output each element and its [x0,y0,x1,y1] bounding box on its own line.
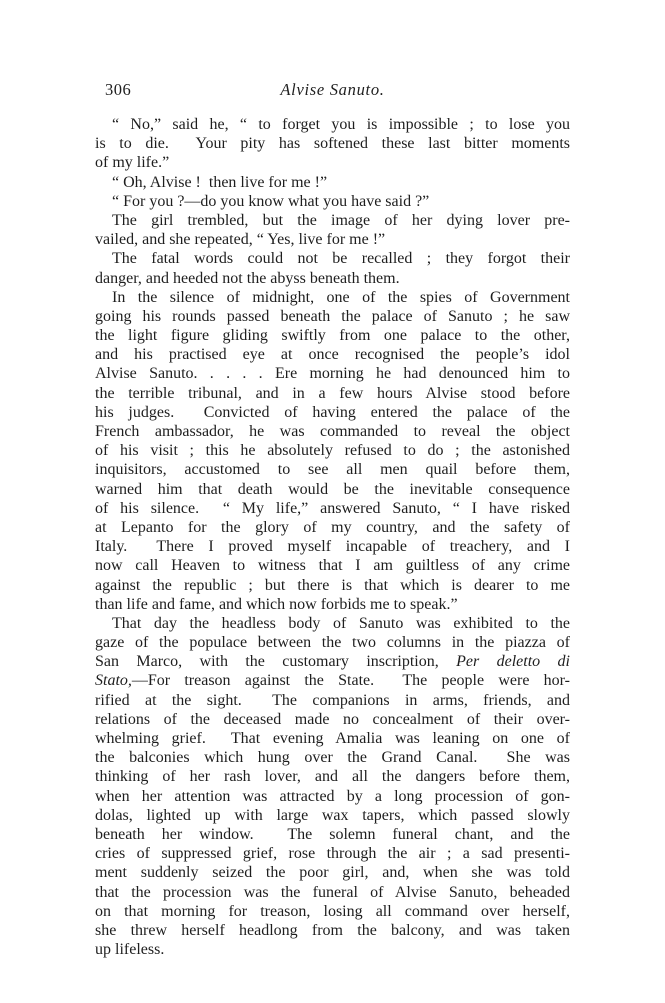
paragraph: “ No,” said he, “ to forget you is impos… [95,115,570,173]
text-segment: than life and fame, and which now forbid… [95,596,458,613]
text-segment: In the silence of midnight, one of the s… [112,289,570,306]
text-segment: dolas, lighted up with large wax tapers,… [95,807,570,824]
text-line: is to die. Your pity has softened these … [95,134,570,153]
text-segment: —For treason against the State. The peop… [132,672,570,689]
text-line: cries of suppressed grief, rose through … [95,844,570,863]
text-line: than life and fame, and which now forbid… [95,595,570,614]
text-segment: she threw herself headlong from the balc… [95,922,570,939]
text-segment: at Lepanto for the glory of my country, … [95,519,570,536]
text-line: that the procession was the funeral of A… [95,883,570,902]
italic-text: Per deletto di [456,653,570,670]
text-line: San Marco, with the customary inscriptio… [95,652,570,671]
text-segment: beneath her window. The solemn funeral c… [95,826,570,843]
text-segment: gaze of the populace between the two col… [95,634,570,651]
text-line: and his practised eye at once recognised… [95,345,570,364]
text-segment: up lifeless. [95,941,164,958]
text-segment: thinking of her rash lover, and all the … [95,768,570,785]
text-line: Alvise Sanuto. . . . . Ere morning he ha… [95,364,570,383]
text-segment: Alvise Sanuto. . . . . Ere morning he ha… [95,365,570,382]
text-segment: against the republic ; but there is that… [95,577,570,594]
text-line: the light figure gliding swiftly from on… [95,326,570,345]
text-segment: That day the headless body of Sanuto was… [112,615,570,632]
text-segment: ment suddenly seized the poor girl, and,… [95,864,570,881]
paragraph: The girl trembled, but the image of her … [95,211,570,249]
text-segment: “ No,” said he, “ to forget you is impos… [112,116,570,133]
text-line: relations of the deceased made no concea… [95,710,570,729]
text-segment: inquisitors, accustomed to see all men q… [95,461,570,478]
text-segment: “ For you ?—do you know what you have sa… [112,193,429,210]
paragraph: “ Oh, Alvise ! then live for me !” [95,173,570,192]
text-segment: on that morning for treason, losing all … [95,903,570,920]
text-line: gaze of the populace between the two col… [95,633,570,652]
text-line: vailed, and she repeated, “ Yes, live fo… [95,230,570,249]
text-line: on that morning for treason, losing all … [95,902,570,921]
paragraph: In the silence of midnight, one of the s… [95,288,570,614]
text-segment: French ambassador, he was commanded to r… [95,423,570,440]
text-segment: The girl trembled, but the image of her … [112,212,570,229]
text-segment: vailed, and she repeated, “ Yes, live fo… [95,231,385,248]
text-line: danger, and heeded not the abyss beneath… [95,269,570,288]
text-segment: cries of suppressed grief, rose through … [95,845,570,862]
text-line: In the silence of midnight, one of the s… [95,288,570,307]
text-line: when her attention was attracted by a lo… [95,787,570,806]
running-head: Alvise Sanuto. [95,80,570,100]
text-segment: his judges. Convicted of having entered … [95,404,570,421]
text-line: of his visit ; this he absolutely refuse… [95,441,570,460]
text-line: of my life.” [95,153,570,172]
text-block: 306 Alvise Sanuto. “ No,” said he, “ to … [95,80,570,959]
text-line: “ No,” said he, “ to forget you is impos… [95,115,570,134]
text-segment: now call Heaven to witness that I am gui… [95,557,570,574]
text-line: That day the headless body of Sanuto was… [95,614,570,633]
text-line: at Lepanto for the glory of my country, … [95,518,570,537]
text-segment: the terrible tribunal, and in a few hour… [95,385,570,402]
paragraph: The fatal words could not be recalled ; … [95,249,570,287]
text-line: the terrible tribunal, and in a few hour… [95,384,570,403]
paragraph: That day the headless body of Sanuto was… [95,614,570,959]
text-line: now call Heaven to witness that I am gui… [95,556,570,575]
text-segment: rified at the sight. The companions in a… [95,692,570,709]
book-page: 306 Alvise Sanuto. “ No,” said he, “ to … [0,0,665,1003]
text-segment: of his visit ; this he absolutely refuse… [95,442,570,459]
text-segment: “ Oh, Alvise ! then live for me !” [112,174,327,191]
text-line: she threw herself headlong from the balc… [95,921,570,940]
text-line: Italy. There I proved myself incapable o… [95,537,570,556]
text-line: dolas, lighted up with large wax tapers,… [95,806,570,825]
text-line: whelming grief. That evening Amalia was … [95,729,570,748]
text-line: French ambassador, he was commanded to r… [95,422,570,441]
text-segment: going his rounds passed beneath the pala… [95,308,570,325]
text-segment: warned him that death would be the inevi… [95,481,570,498]
text-line: “ For you ?—do you know what you have sa… [95,192,570,211]
text-line: ment suddenly seized the poor girl, and,… [95,863,570,882]
text-segment: the balconies which hung over the Grand … [95,749,570,766]
text-segment: San Marco, with the customary inscriptio… [95,653,456,670]
text-line: his judges. Convicted of having entered … [95,403,570,422]
text-line: Stato,—For treason against the State. Th… [95,671,570,690]
text-line: against the republic ; but there is that… [95,576,570,595]
text-line: rified at the sight. The companions in a… [95,691,570,710]
page-header: 306 Alvise Sanuto. [95,80,570,101]
text-line: thinking of her rash lover, and all the … [95,767,570,786]
text-line: inquisitors, accustomed to see all men q… [95,460,570,479]
text-line: The girl trembled, but the image of her … [95,211,570,230]
text-segment: relations of the deceased made no concea… [95,711,570,728]
page-body: “ No,” said he, “ to forget you is impos… [95,115,570,959]
text-segment: Italy. There I proved myself incapable o… [95,538,570,555]
text-line: The fatal words could not be recalled ; … [95,249,570,268]
text-line: going his rounds passed beneath the pala… [95,307,570,326]
text-line: “ Oh, Alvise ! then live for me !” [95,173,570,192]
text-segment: The fatal words could not be recalled ; … [112,250,570,267]
paragraph: “ For you ?—do you know what you have sa… [95,192,570,211]
text-segment: is to die. Your pity has softened these … [95,135,570,152]
text-segment: that the procession was the funeral of A… [95,884,570,901]
text-segment: when her attention was attracted by a lo… [95,788,570,805]
text-line: the balconies which hung over the Grand … [95,748,570,767]
italic-text: Stato, [95,672,132,689]
text-segment: of my life.” [95,154,169,171]
text-segment: whelming grief. That evening Amalia was … [95,730,570,747]
text-segment: danger, and heeded not the abyss beneath… [95,270,400,287]
text-line: of his silence. “ My life,” answered San… [95,499,570,518]
text-segment: and his practised eye at once recognised… [95,346,570,363]
text-line: up lifeless. [95,940,570,959]
text-line: warned him that death would be the inevi… [95,480,570,499]
text-line: beneath her window. The solemn funeral c… [95,825,570,844]
text-segment: of his silence. “ My life,” answered San… [95,500,570,517]
text-segment: the light figure gliding swiftly from on… [95,327,570,344]
